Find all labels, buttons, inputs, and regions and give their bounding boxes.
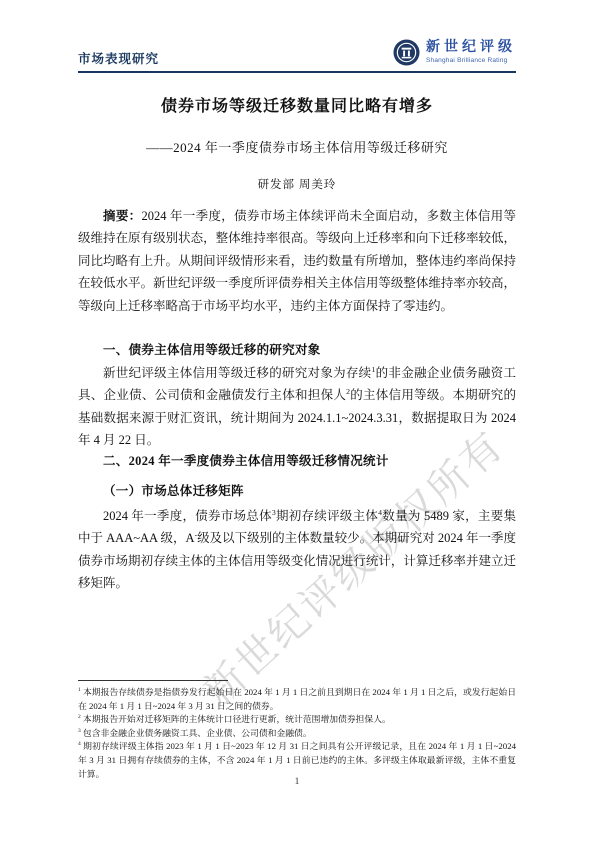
header-divider [78,71,516,73]
footnote-text: 本期报告存续债券是指债券发行起始日在 2024 年 1 月 1 日之前且到期日在… [78,687,516,711]
footnote-2: 2 本期报告开始对迁移矩阵的主体统计口径进行更新，统计范围增加债券担保人。 [78,713,516,727]
abstract-paragraph: 摘要：2024 年一季度，债券市场主体续评尚未全面启动，多数主体信用等级维持在原… [78,205,516,317]
abstract-text: 2024 年一季度，债券市场主体续评尚未全面启动，多数主体信用等级维持在原有级别… [78,209,516,313]
footnote-marker: 2 [78,714,81,720]
section-2-heading: 二、2024 年一季度债券主体信用等级迁移情况统计 [78,451,541,469]
brand-name: 新世纪评级 [426,41,516,55]
report-subtitle: ——2024 年一季度债券市场主体信用等级迁移研究 [78,137,516,156]
section-2-subheading: （一）市场总体迁移矩阵 [78,481,541,499]
section-1-heading: 一、债券主体信用等级迁移的研究对象 [78,340,541,358]
section-1-paragraph: 新世纪评级主体信用等级迁移的研究对象为存续1的非金融企业债务融资工具、企业债、公… [78,362,516,452]
footnote-marker: 3 [78,728,81,734]
footnote-text: 本期报告开始对迁移矩阵的主体统计口径进行更新，统计范围增加债券担保人。 [83,714,391,724]
footnote-3: 3 包含非金融企业债务融资工具、企业债、公司债和金融债。 [78,727,516,741]
page-content: 市场表现研究 新世纪评级 Shanghai Brilliance Rating … [78,0,516,841]
footnote-marker: 1 [78,687,81,693]
paragraph-text: 2024 年一季度，债券市场总体 [103,509,272,523]
footnote-marker: 4 [78,741,81,747]
header-section-label: 市场表现研究 [78,49,159,67]
brand-text: 新世纪评级 Shanghai Brilliance Rating [426,41,516,65]
footnote-text: 包含非金融企业债务融资工具、企业债、公司债和金融债。 [83,728,312,738]
brand-logo-block: 新世纪评级 Shanghai Brilliance Rating [393,39,516,66]
page-number: 1 [78,777,516,787]
footnote-4: 4 期初存续评级主体指 2023 年 1 月 1 日~2023 年 12 月 3… [78,740,516,781]
document-page: 新世纪评级版权所有 市场表现研究 新世纪评级 Shanghai Brillian… [0,0,595,841]
abstract-label: 摘要： [103,209,142,223]
report-author: 研发部 周美玲 [78,176,516,192]
paragraph-text: 新世纪评级主体信用等级迁移的研究对象为存续 [103,366,371,380]
brand-logo-icon [393,39,420,66]
footnote-text: 期初存续评级主体指 2023 年 1 月 1 日~2023 年 12 月 31 … [78,741,516,778]
brand-subtitle: Shanghai Brilliance Rating [426,58,516,65]
paragraph-text: 期初存续评级主体 [276,509,378,523]
footnotes: 1 本期报告存续债券是指债券发行起始日在 2024 年 1 月 1 日之前且到期… [78,686,516,781]
report-title: 债券市场等级迁移数量同比略有增多 [78,93,516,116]
footnote-1: 1 本期报告存续债券是指债券发行起始日在 2024 年 1 月 1 日之前且到期… [78,686,516,713]
footnote-divider [78,680,228,681]
section-2-paragraph: 2024 年一季度，债券市场总体3期初存续评级主体4数量为 5489 家，主要集… [78,505,516,595]
